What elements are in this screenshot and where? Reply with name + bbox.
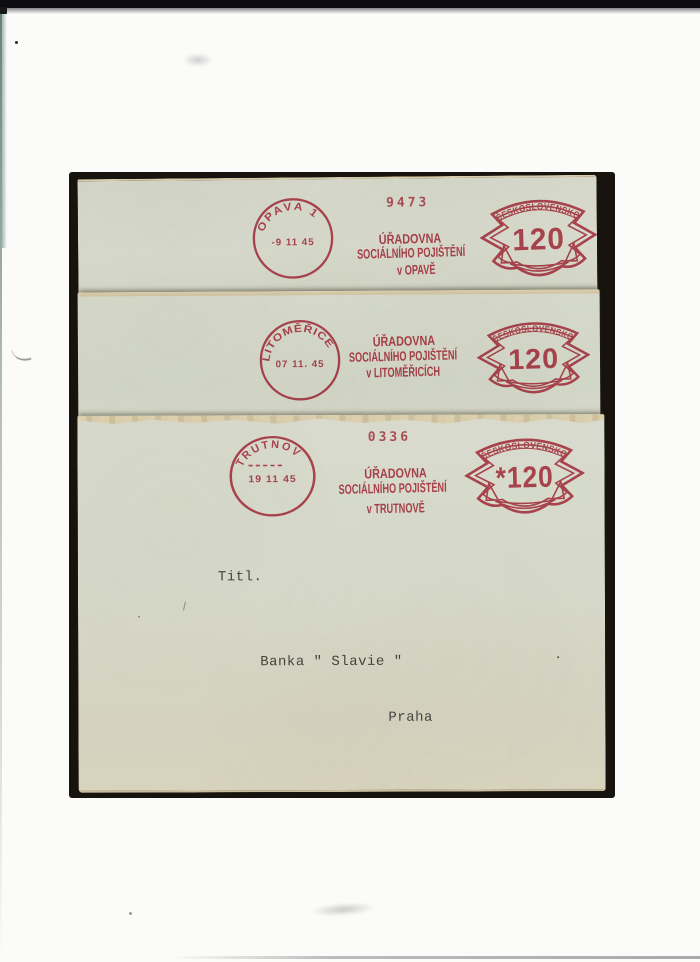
meter-serial-number: 9473 xyxy=(386,195,429,210)
postmark-litomerice: LITOMĚŘICE 07 11. 45 xyxy=(256,316,345,405)
address-line-recipient: Banka " Slavie " xyxy=(260,654,402,670)
meter-slogan-line: v TRUTNOVĚ xyxy=(366,501,424,516)
scan-smudge xyxy=(183,53,213,67)
meter-country-name: ČESKOSLOVENSKO xyxy=(479,439,569,463)
dust-speck xyxy=(557,656,559,658)
meter-stamp-frame: ČESKOSLOVENSKO 120 xyxy=(476,307,591,401)
scan-artifact-line xyxy=(170,956,700,959)
meter-slogan-line: SOCIÁLNÍHO POJIŠTĚNÍ xyxy=(357,245,465,261)
address-line-city: Praha xyxy=(388,710,433,726)
meter-slogan-line: ÚŘADOVNA xyxy=(364,466,427,481)
meter-slogan-line: v OPAVĚ xyxy=(397,263,436,278)
postmark-town: LITOMĚŘICE xyxy=(256,316,337,365)
meter-country-name: ČESKOSLOVENSKO xyxy=(493,200,581,224)
envelope-trutnov: 0336 TRUTNOV 19 11 45 ÚŘADOVNA SOCIÁLNÍH… xyxy=(77,414,605,793)
envelope-litomerice: LITOMĚŘICE 07 11. 45 ÚŘADOVNA SOCIÁLNÍHO… xyxy=(78,289,601,422)
meter-slogan-line: SOCIÁLNÍHO POJIŠTĚNÍ xyxy=(349,348,457,364)
dust-speck xyxy=(129,912,132,915)
postmark-date: 07 11. 45 xyxy=(276,359,325,370)
meter-country-name: ČESKOSLOVENSKO xyxy=(490,322,576,344)
meter-slogan-line: SOCIÁLNÍHO POJIŠTĚNÍ xyxy=(338,481,446,497)
meter-serial-number: 0336 xyxy=(368,430,411,445)
meter-stamp-frame: ČESKOSLOVENSKO 120 xyxy=(479,184,598,285)
scanner-edge-top-shadow xyxy=(0,8,700,14)
meter-value: *120 xyxy=(495,461,554,495)
meter-value: 120 xyxy=(508,343,560,376)
meter-stamp-frame: ČESKOSLOVENSKO *120 xyxy=(463,423,585,522)
postmark-date: 19 11 45 xyxy=(248,474,296,485)
meter-slogan-line: ÚŘADOVNA xyxy=(373,334,436,349)
typewriter-stray-mark xyxy=(183,602,186,611)
scan-smudge xyxy=(310,901,377,919)
scanner-edge-top xyxy=(0,0,700,8)
dust-speck xyxy=(138,616,140,618)
postmark-date: -9 11 45 xyxy=(271,237,314,248)
postmark-opava: OPAVA 1 -9 11 45 xyxy=(249,194,338,283)
dust-speck xyxy=(0,7,7,14)
address-line-salutation: Titl. xyxy=(218,569,263,585)
postmark-trutnov: TRUTNOV 19 11 45 xyxy=(225,432,319,520)
meter-value: 120 xyxy=(512,222,566,257)
dust-speck xyxy=(15,41,18,44)
pencil-mark xyxy=(11,346,31,364)
meter-slogan-line: v LITOMĚŘICÍCH xyxy=(366,365,440,380)
scanned-covers-photo: OPAVA 1 -9 11 45 9473 ÚŘADOVNA SOCIÁLNÍH… xyxy=(0,0,700,962)
postmark-town: TRUTNOV xyxy=(231,434,306,470)
envelope-opava: OPAVA 1 -9 11 45 9473 ÚŘADOVNA SOCIÁLNÍH… xyxy=(77,175,597,303)
scanner-edge-left-line xyxy=(0,8,2,962)
